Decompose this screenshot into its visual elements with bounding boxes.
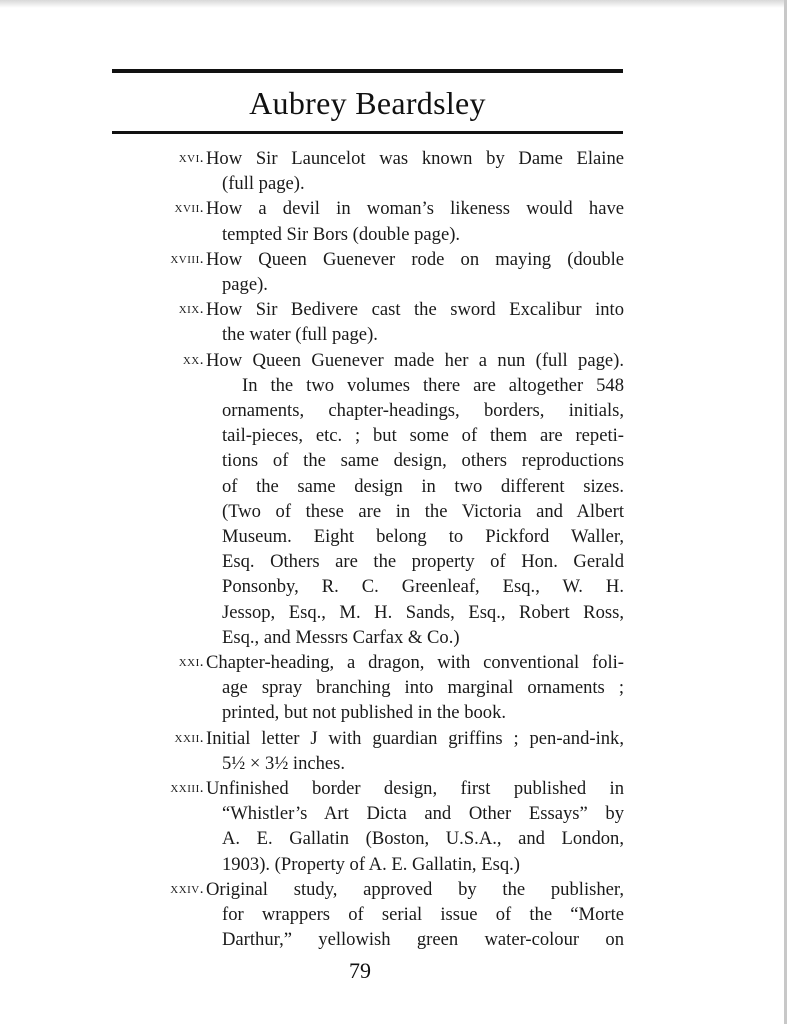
paragraph-line: tail-pieces, etc. ; but some of them are…	[222, 423, 624, 448]
list-entry-xxiv: xxiv. Original study, approved by the pu…	[150, 877, 624, 953]
paragraph-line: In the two volumes there are altogether …	[222, 373, 624, 398]
paragraph-line: Esq. Others are the property of Hon. Ger…	[222, 549, 624, 574]
entry-numeral: xx.	[150, 348, 204, 373]
list-entry-xxiii: xxiii. Unfinished border design, first p…	[150, 776, 624, 877]
entry-numeral: xvi.	[150, 146, 204, 171]
list-entry-xx: xx. How Queen Guenever made her a nun (f…	[150, 348, 624, 373]
entry-line: (full page).	[222, 171, 624, 196]
entry-line: “Whistler’s Art Dicta and Other Essays” …	[222, 801, 624, 826]
list-entry-xxi: xxi. Chapter-heading, a dragon, with con…	[150, 650, 624, 726]
entry-line: How Queen Guenever rode on maying (doubl…	[206, 247, 624, 272]
body-paragraph: In the two volumes there are altogether …	[150, 373, 624, 650]
entry-line: Initial letter J with guardian griffins …	[206, 726, 624, 751]
paragraph-line: of the same design in two different size…	[222, 474, 624, 499]
entry-line: Chapter-heading, a dragon, with conventi…	[206, 650, 624, 675]
entry-line: How Sir Bedivere cast the sword Excalibu…	[206, 297, 624, 322]
list-entry-xviii: xviii. How Queen Guenever rode on maying…	[150, 247, 624, 297]
entry-line: A. E. Gallatin (Boston, U.S.A., and Lond…	[222, 826, 624, 851]
page-body: xvi. How Sir Launcelot was known by Dame…	[150, 146, 624, 953]
entry-line: How Sir Launcelot was known by Dame Elai…	[206, 146, 624, 171]
entry-line: tempted Sir Bors (double page).	[222, 222, 624, 247]
list-entry-xvii: xvii. How a devil in woman’s likeness wo…	[150, 196, 624, 246]
entry-line: Darthur,” yellowish green water-colour o…	[222, 927, 624, 952]
entry-line: age spray branching into marginal orname…	[222, 675, 624, 700]
running-head: Aubrey Beardsley	[112, 84, 623, 122]
list-entry-xix: xix. How Sir Bedivere cast the sword Exc…	[150, 297, 624, 347]
entry-numeral: xix.	[150, 297, 204, 322]
paragraph-line: (Two of these are in the Victoria and Al…	[222, 499, 624, 524]
entry-numeral: xviii.	[150, 247, 204, 272]
entry-line: How Queen Guenever made her a nun (full …	[206, 348, 624, 373]
entry-line: 1903). (Property of A. E. Gallatin, Esq.…	[222, 852, 624, 877]
list-entry-xvi: xvi. How Sir Launcelot was known by Dame…	[150, 146, 624, 196]
entry-numeral: xvii.	[150, 196, 204, 221]
entry-numeral: xxiv.	[150, 877, 204, 902]
list-entry-xxii: xxii. Initial letter J with guardian gri…	[150, 726, 624, 776]
entry-line: How a devil in woman’s likeness would ha…	[206, 196, 624, 221]
viewer-top-shadow	[0, 0, 787, 8]
header-rule-top	[112, 69, 623, 73]
paragraph-line: Ponsonby, R. C. Greenleaf, Esq., W. H.	[222, 574, 624, 599]
paragraph-line: Esq., and Messrs Carfax & Co.)	[222, 625, 624, 650]
paragraph-line: ornaments, chapter-headings, borders, in…	[222, 398, 624, 423]
paragraph-line: Jessop, Esq., M. H. Sands, Esq., Robert …	[222, 600, 624, 625]
entry-line: 5½ × 3½ inches.	[222, 751, 624, 776]
entry-line: Original study, approved by the publishe…	[206, 877, 624, 902]
entry-numeral: xxii.	[150, 726, 204, 751]
page-number: 79	[0, 958, 720, 984]
entry-line: for wrappers of serial issue of the “Mor…	[222, 902, 624, 927]
entry-line: the water (full page).	[222, 322, 624, 347]
header-rule-bottom	[112, 131, 623, 134]
entry-numeral: xxiii.	[150, 776, 204, 801]
paragraph-line: tions of the same design, others reprodu…	[222, 448, 624, 473]
entry-line: printed, but not published in the book.	[222, 700, 624, 725]
paragraph-line: Museum. Eight belong to Pickford Waller,	[222, 524, 624, 549]
entry-line: page).	[222, 272, 624, 297]
entry-numeral: xxi.	[150, 650, 204, 675]
entry-line: Unfinished border design, first publishe…	[206, 776, 624, 801]
